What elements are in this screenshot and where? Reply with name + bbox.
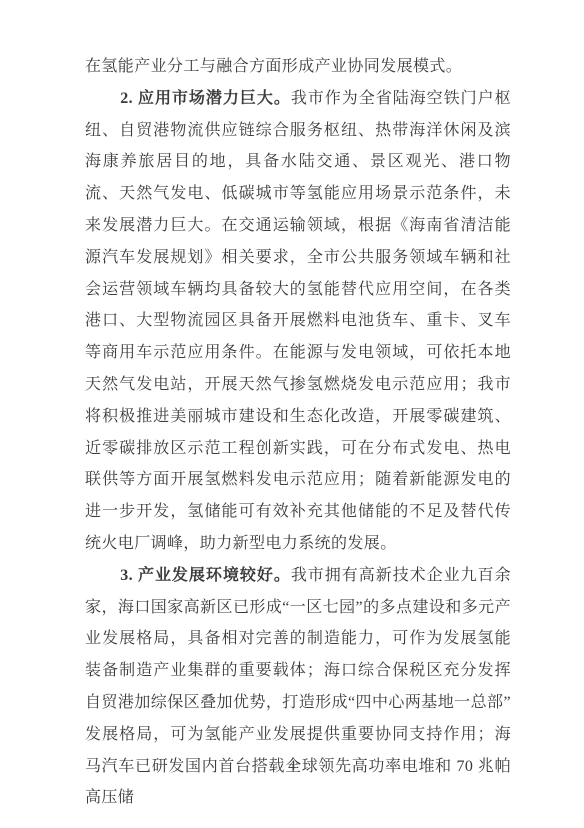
text-content: 在氢能产业分工与融合方面形成产业协同发展模式。 2. 应用市场潜力巨大。我市作为… [85, 51, 511, 814]
paragraph-lead: 3. 产业发展环境较好。 [120, 567, 291, 584]
paragraph-lead: 2. 应用市场潜力巨大。 [120, 90, 291, 107]
paragraph: 在氢能产业分工与融合方面形成产业协同发展模式。 [85, 51, 511, 83]
paragraph: 2. 应用市场潜力巨大。我市作为全省陆海空铁门户枢纽、自贸港物流供应链综合服务枢… [85, 83, 511, 560]
paragraph: 3. 产业发展环境较好。我市拥有高新技术企业九百余家，海口国家高新区已形成“一区… [85, 560, 511, 814]
paragraph-text: 我市作为全省陆海空铁门户枢纽、自贸港物流供应链综合服务枢纽、热带海洋休闲及滨海康… [85, 90, 511, 552]
paragraph-text: 在氢能产业分工与融合方面形成产业协同发展模式。 [85, 58, 462, 75]
document-page: 在氢能产业分工与融合方面形成产业协同发展模式。 2. 应用市场潜力巨大。我市作为… [0, 0, 584, 828]
page-number: 4 [0, 758, 584, 775]
